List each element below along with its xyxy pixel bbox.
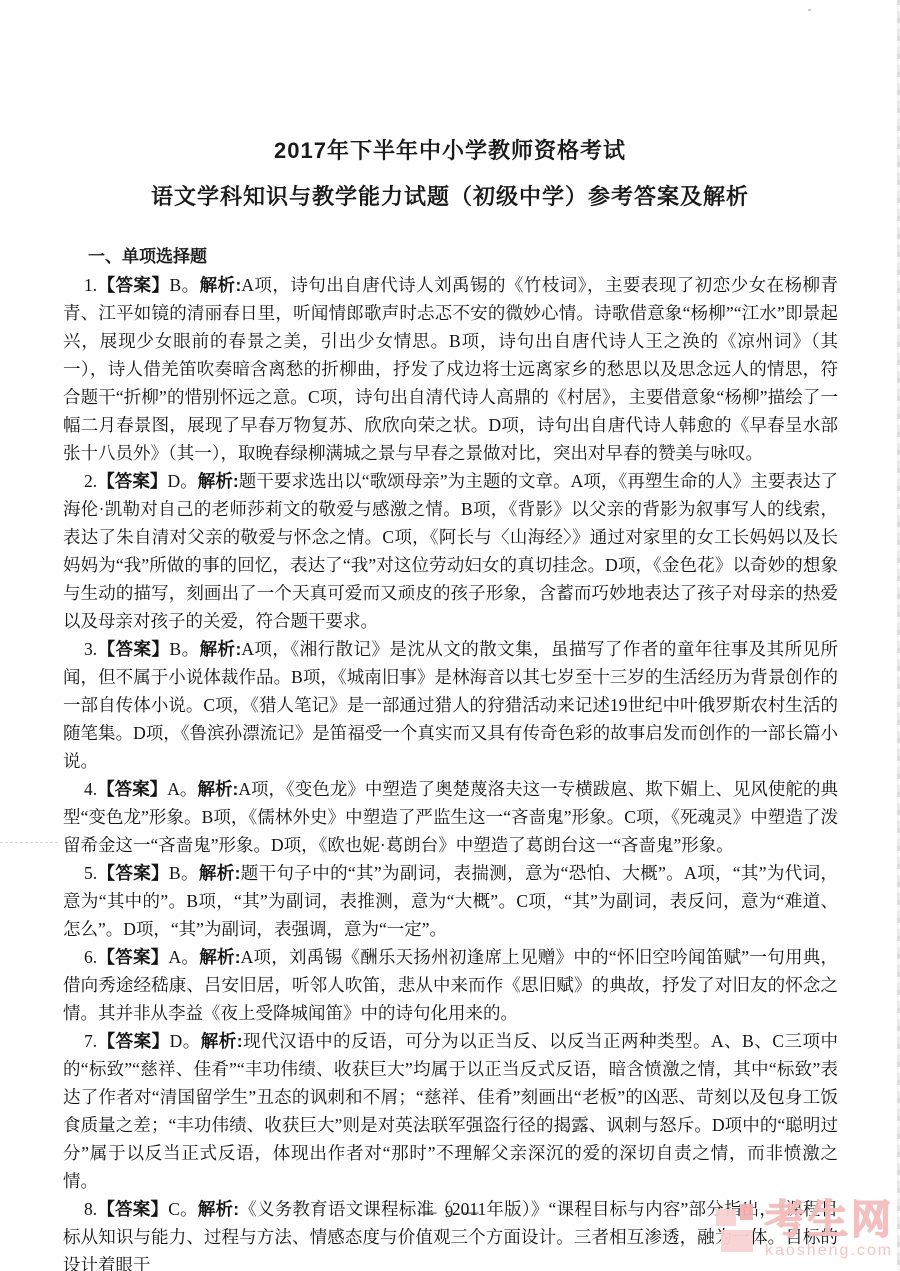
answer-number: 6. (84, 947, 97, 967)
analysis-text: A项，诗句出自唐代诗人刘禹锡的《竹枝词》，主要表现了初恋少女在杨柳青青、江平如镜… (63, 275, 838, 463)
document-title-line2: 语文学科知识与教学能力试题（初级中学）参考答案及解析 (0, 180, 900, 211)
analysis-tag: 解析: (201, 1031, 243, 1051)
watermark-site-url: kaosheng.com (765, 1242, 894, 1260)
answer-letter: D。 (167, 471, 197, 491)
answer-letter: A。 (169, 947, 200, 967)
answer-item-2: 2.【答案】D。解析:题干要求选出以“歌颂母亲”为主题的文章。A项，《再塑生命的… (63, 467, 838, 635)
answer-tag: 【答案】 (97, 863, 169, 883)
scan-dash-artifact (0, 842, 58, 843)
answer-item-7: 7.【答案】D。解析:现代汉语中的反语，可分为以正当反、以反当正两种类型。A、B… (63, 1027, 838, 1195)
kaosheng-logo-text: 考生网 kaosheng.com (765, 1200, 894, 1260)
page-number: — 9 — (420, 1202, 481, 1221)
answer-item-1: 1.【答案】B。解析:A项，诗句出自唐代诗人刘禹锡的《竹枝词》，主要表现了初恋少… (63, 271, 838, 467)
answer-number: 4. (84, 779, 97, 799)
analysis-tag: 解析: (199, 947, 240, 967)
logo-block-bottom (721, 1230, 753, 1252)
kaosheng-watermark: 考生网 kaosheng.com (716, 1200, 894, 1260)
answer-letter: D。 (170, 1031, 201, 1051)
section-heading: 一、单项选择题 (88, 242, 900, 267)
answer-letter: B。 (169, 639, 199, 659)
analysis-tag: 解析: (198, 471, 239, 491)
logo-block-top-left (716, 1209, 736, 1226)
answer-number: 2. (84, 471, 97, 491)
answer-tag: 【答案】 (97, 779, 167, 799)
answer-item-4: 4.【答案】A。解析:A项，《变色龙》中塑造了奥楚蔑洛夫这一专横跋扈、欺下媚上、… (63, 775, 838, 859)
answer-letter: A。 (167, 779, 197, 799)
answer-number: 5. (84, 863, 97, 883)
answer-item-3: 3.【答案】B。解析:A项，《湘行散记》是沈从文的散文集，虽描写了作者的童年往事… (63, 635, 838, 775)
kaosheng-logo-icon (716, 1204, 758, 1252)
document-header: 2017年下半年中小学教师资格考试 语文学科知识与教学能力试题（初级中学）参考答… (0, 0, 900, 211)
answer-number: 7. (84, 1031, 97, 1051)
answer-item-6: 6.【答案】A。解析:A项，刘禹锡《酬乐天扬州初逢席上见赠》中的“怀旧空吟闻笛赋… (63, 943, 838, 1027)
analysis-tag: 解析: (197, 779, 238, 799)
scan-speck-artifact (808, 9, 811, 11)
analysis-tag: 解析: (200, 275, 242, 295)
answer-letter: B。 (169, 275, 199, 295)
answer-letter: B。 (169, 863, 199, 883)
analysis-tag: 解析: (200, 639, 242, 659)
answer-tag: 【答案】 (97, 639, 169, 659)
analysis-tag: 解析: (199, 863, 241, 883)
watermark-site-name: 考生网 (765, 1200, 894, 1240)
answers-list: 1.【答案】B。解析:A项，诗句出自唐代诗人刘禹锡的《竹枝词》，主要表现了初恋少… (63, 271, 838, 1271)
scanned-exam-answer-page: 2017年下半年中小学教师资格考试 语文学科知识与教学能力试题（初级中学）参考答… (0, 0, 900, 1271)
answer-tag: 【答案】 (97, 1031, 170, 1051)
analysis-text: 题干要求选出以“歌颂母亲”为主题的文章。A项，《再塑生命的人》主要表达了海伦·凯… (63, 471, 838, 631)
answer-tag: 【答案】 (97, 275, 169, 295)
answer-tag: 【答案】 (97, 471, 167, 491)
answer-number: 1. (84, 275, 97, 295)
document-title-line1: 2017年下半年中小学教师资格考试 (0, 134, 900, 165)
logo-block-top-right (740, 1204, 753, 1220)
answer-item-5: 5.【答案】B。解析:题干句子中的“其”为副词，表揣测，意为“恐怕、大概”。A项… (63, 859, 838, 943)
analysis-text: 现代汉语中的反语，可分为以正当反、以反当正两种类型。A、B、C三项中的“标致”“… (63, 1031, 838, 1191)
answer-number: 3. (84, 639, 97, 659)
answer-tag: 【答案】 (97, 947, 168, 967)
